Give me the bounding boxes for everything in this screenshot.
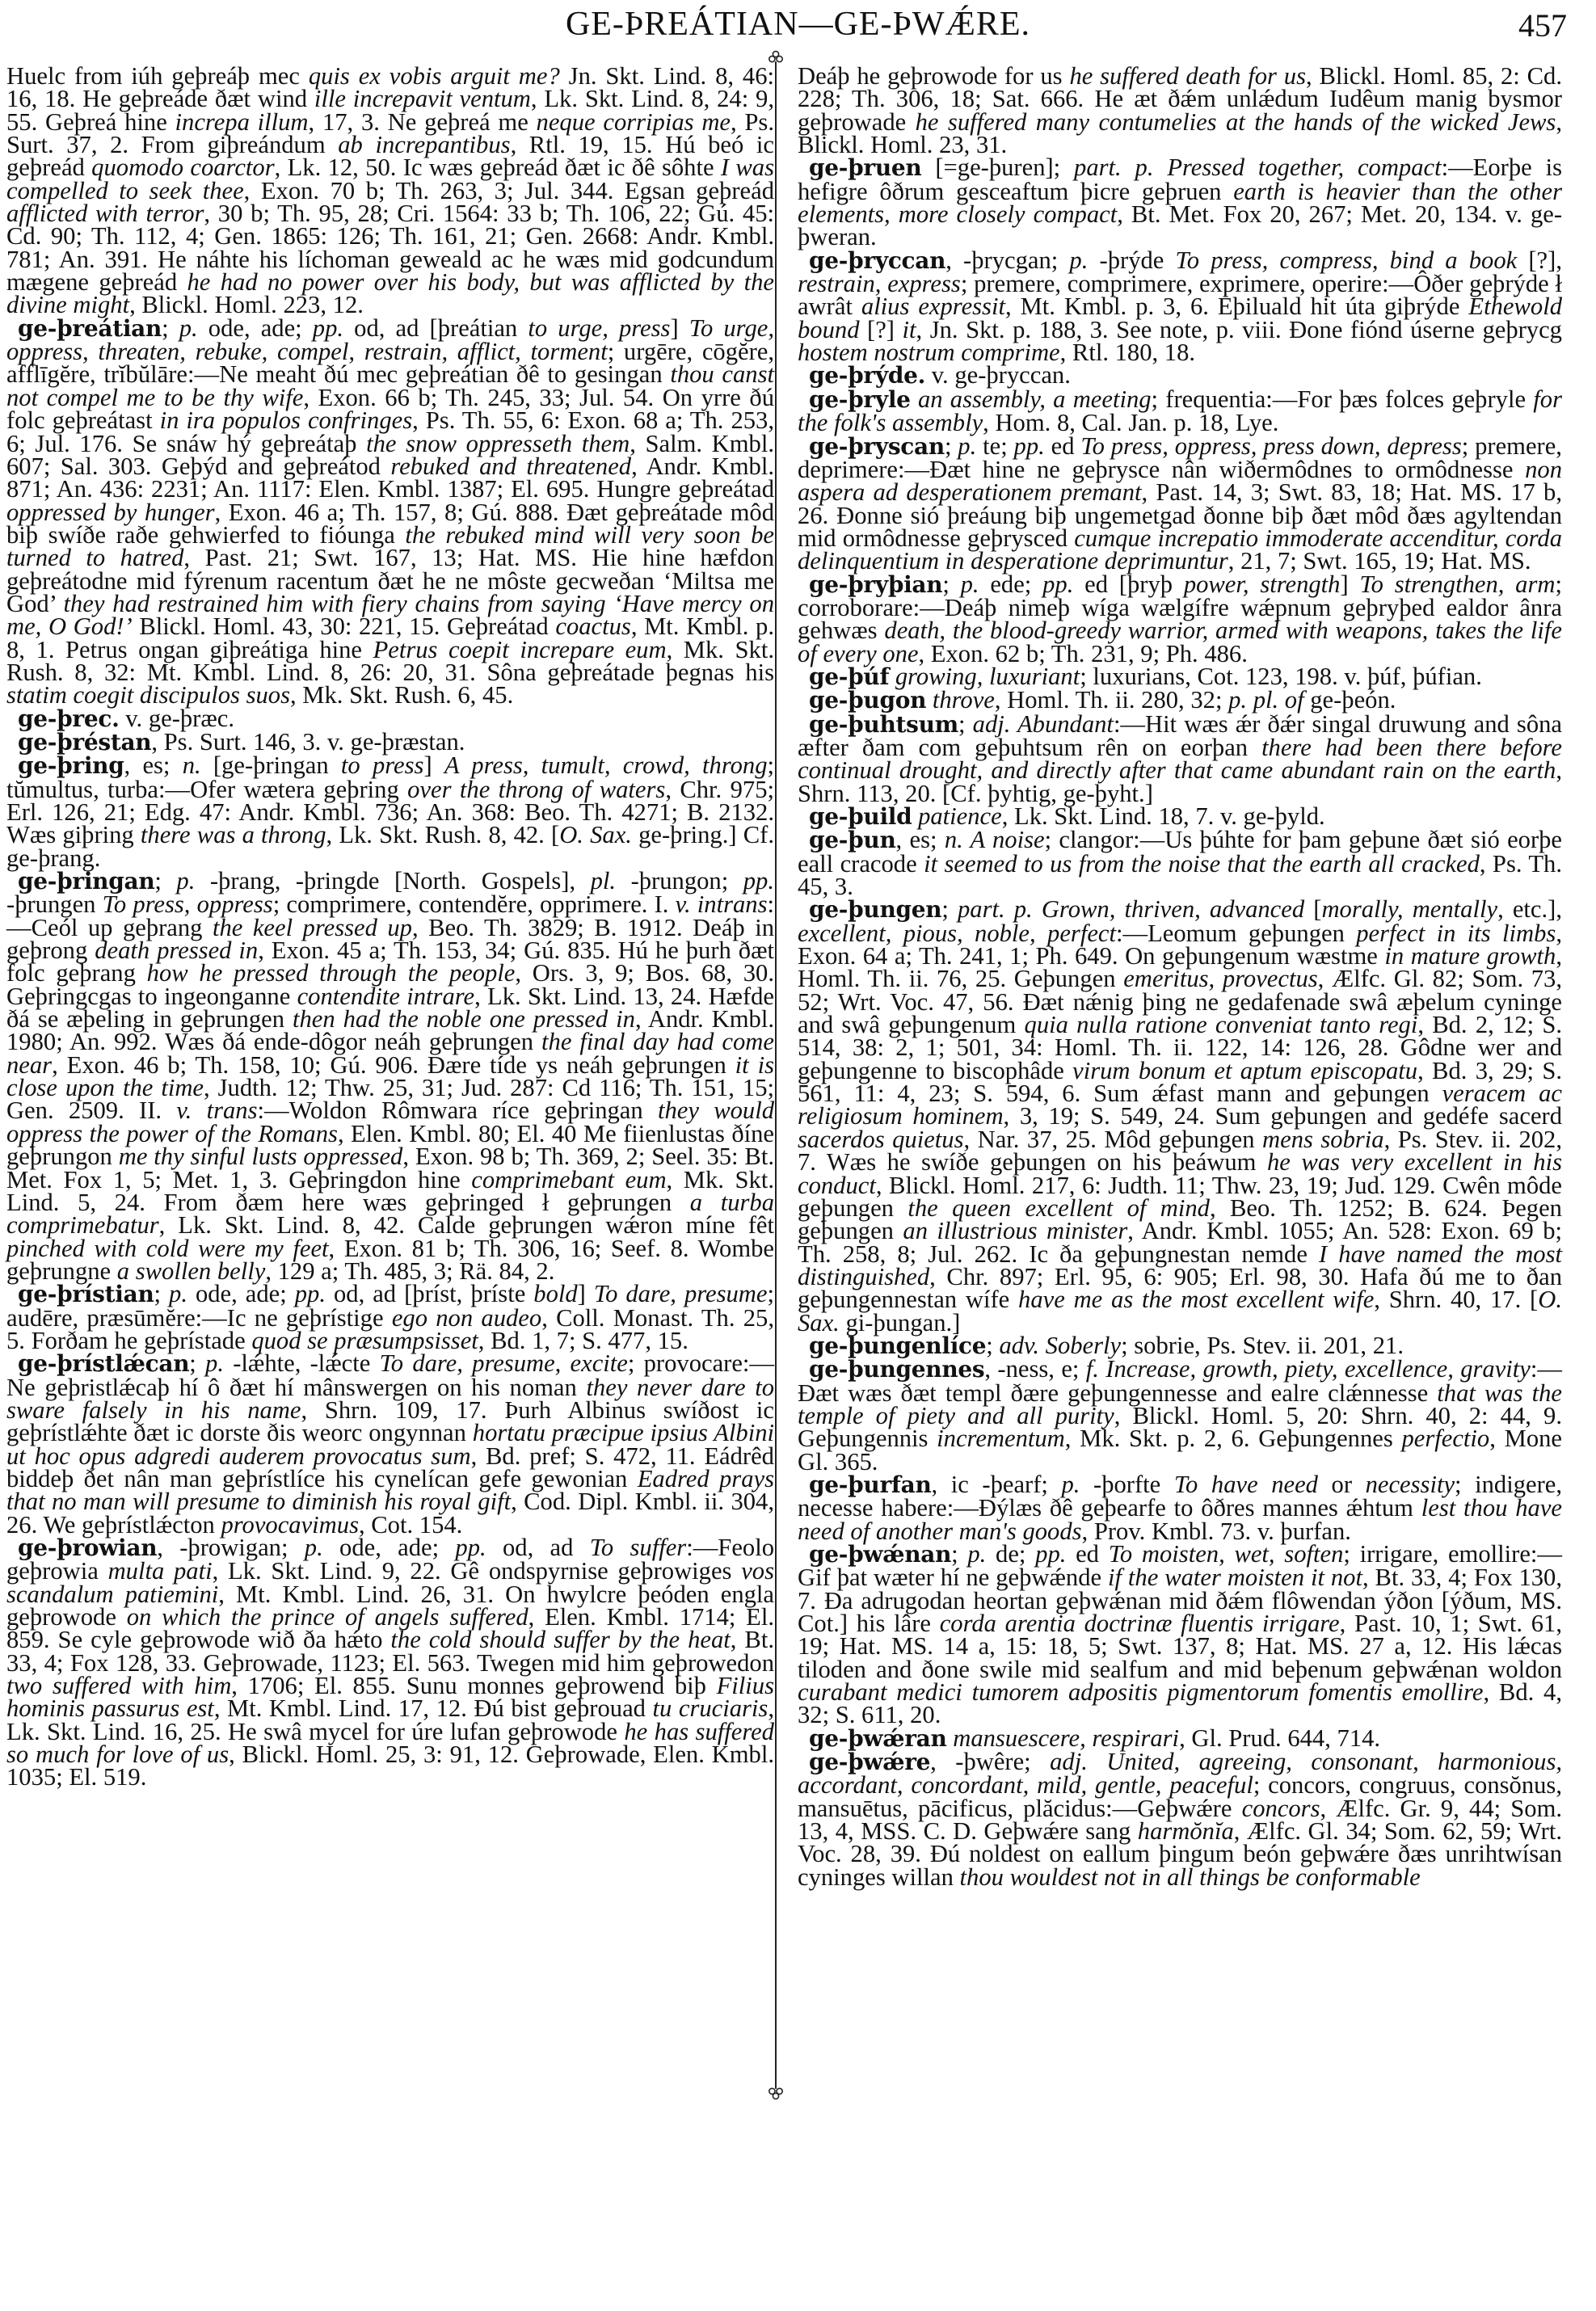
headword: ge-þwǽran xyxy=(809,1725,947,1752)
dictionary-entry: ge-þuild patience, Lk. Skt. Lind. 18, 7.… xyxy=(798,805,1562,828)
entry-text: , Rtl. 180, 18. xyxy=(1060,339,1195,366)
page-header: GE-ÞREÁTIAN—GE-ÞWǼRE. 457 xyxy=(0,3,1596,52)
dictionary-entry: ge-þryþian; p. ede; pp. ed [þryþ power, … xyxy=(798,573,1562,665)
dictionary-entry: ge-þun, es; n. A noise; clangor:—Us þúht… xyxy=(798,828,1562,898)
dictionary-entry: ge-þrec. v. ge-þræc. xyxy=(6,707,774,730)
dictionary-entry: ge-þrýde. v. ge-þryccan. xyxy=(798,364,1562,387)
headword: ge-þungenlíce xyxy=(809,1332,986,1359)
dictionary-entry: ge-þungenlíce; adv. Soberly; sobrie, Ps.… xyxy=(798,1334,1562,1358)
trefoil-ornament-icon xyxy=(768,2081,784,2100)
dictionary-entry: ge-þurfan, ic -þearf; p. -þorfte To have… xyxy=(798,1473,1562,1543)
dictionary-entry: ge-þréstan, Ps. Surt. 146, 3. v. ge-þræs… xyxy=(6,730,774,754)
italic-gloss: thou wouldest not in all things be confo… xyxy=(960,1863,1421,1891)
page-number: 457 xyxy=(1518,6,1567,44)
dictionary-entry: ge-þryle an assembly, a meeting; frequen… xyxy=(798,388,1562,435)
italic-gloss: perfectio xyxy=(1401,1425,1489,1452)
dictionary-entry: ge-þuhtsum; adj. Abundant:—Hit wæs ǽr ðǽ… xyxy=(798,713,1562,805)
dictionary-entry: ge-þungen; part. p. Grown, thriven, adva… xyxy=(798,898,1562,1334)
dictionary-entry: ge-þúf growing, luxuriant; luxurians, Co… xyxy=(798,665,1562,688)
dictionary-entry: ge-þungennes, -ness, e; f. Increase, gro… xyxy=(798,1358,1562,1473)
dictionary-entry: ge-þwǽre, -þwêre; adj. United, agreeing,… xyxy=(798,1750,1562,1888)
dictionary-entry: ge-þrístlǽcan; p. -lǽhte, -lǽcte To dare… xyxy=(6,1352,774,1536)
dictionary-entry: ge-þwǽran mansuescere, respirari, Gl. Pr… xyxy=(798,1727,1562,1750)
running-head: GE-ÞREÁTIAN—GE-ÞWǼRE. xyxy=(0,5,1596,44)
dictionary-entry: ge-þringan; p. -þrang, -þringde [North. … xyxy=(6,869,774,1282)
italic-gloss: he suffered many contumelies at the hand… xyxy=(916,108,1556,136)
headword: ge-þúf xyxy=(809,663,889,690)
entry-text: , Mk. Skt. Rush. 6, 45. xyxy=(290,681,513,709)
column-divider xyxy=(775,69,777,2083)
italic-gloss: it seemed to us from the noise that the … xyxy=(924,850,1480,878)
entry-text: , Mk. Skt. p. 2, 6. Geþungennes xyxy=(1065,1425,1402,1452)
dictionary-entry: Huelc from iúh geþreáþ mec quis ex vobis… xyxy=(6,65,774,317)
dictionary-entry: ge-þrístian; p. ode, ade; pp. od, ad [þr… xyxy=(6,1282,774,1352)
dictionary-entry: ge-þruen [=ge-þuren]; part. p. Pressed t… xyxy=(798,156,1562,248)
italic-gloss: O. Sax. xyxy=(559,821,632,848)
dictionary-entry: Deáþ he geþrowode for us he suffered dea… xyxy=(798,65,1562,156)
entry-text: , Lk. Skt. Rush. 8, 42. [ xyxy=(326,821,560,848)
dictionary-entry: ge-þreátian; p. ode, ade; pp. od, ad [þr… xyxy=(6,317,774,707)
italic-gloss: there was a throng xyxy=(141,821,326,848)
italic-gloss: have me as the most excellent wife xyxy=(1018,1286,1374,1313)
right-column: Deáþ he geþrowode for us he suffered dea… xyxy=(798,65,1562,1888)
entry-text xyxy=(889,663,895,690)
entry-text xyxy=(926,686,933,714)
dictionary-entry: ge-þrowian, -þrowigan; p. ode, ade; pp. … xyxy=(6,1536,774,1789)
dictionary-entry: ge-þring, es; n. [ge-þringan to press] A… xyxy=(6,754,774,869)
dictionary-entry: ge-þryccan, -þrycgan; p. -þrýde To press… xyxy=(798,249,1562,364)
dictionary-entry: ge-þugon throve, Homl. Th. ii. 280, 32; … xyxy=(798,688,1562,712)
headword: ge-þrýde. xyxy=(809,362,925,389)
headword: ge-þrec. xyxy=(18,705,120,732)
dictionary-entry: ge-þryscan; p. te; pp. ed To press, oppr… xyxy=(798,435,1562,573)
dictionary-entry: ge-þwǽnan; p. de; pp. ed To moisten, wet… xyxy=(798,1543,1562,1727)
italic-gloss: incrementum xyxy=(937,1425,1065,1452)
headword: ge-þugon xyxy=(809,687,926,714)
left-column: Huelc from iúh geþreáþ mec quis ex vobis… xyxy=(6,65,774,1789)
entry-text: , Shrn. 40, 17. [ xyxy=(1374,1286,1538,1313)
